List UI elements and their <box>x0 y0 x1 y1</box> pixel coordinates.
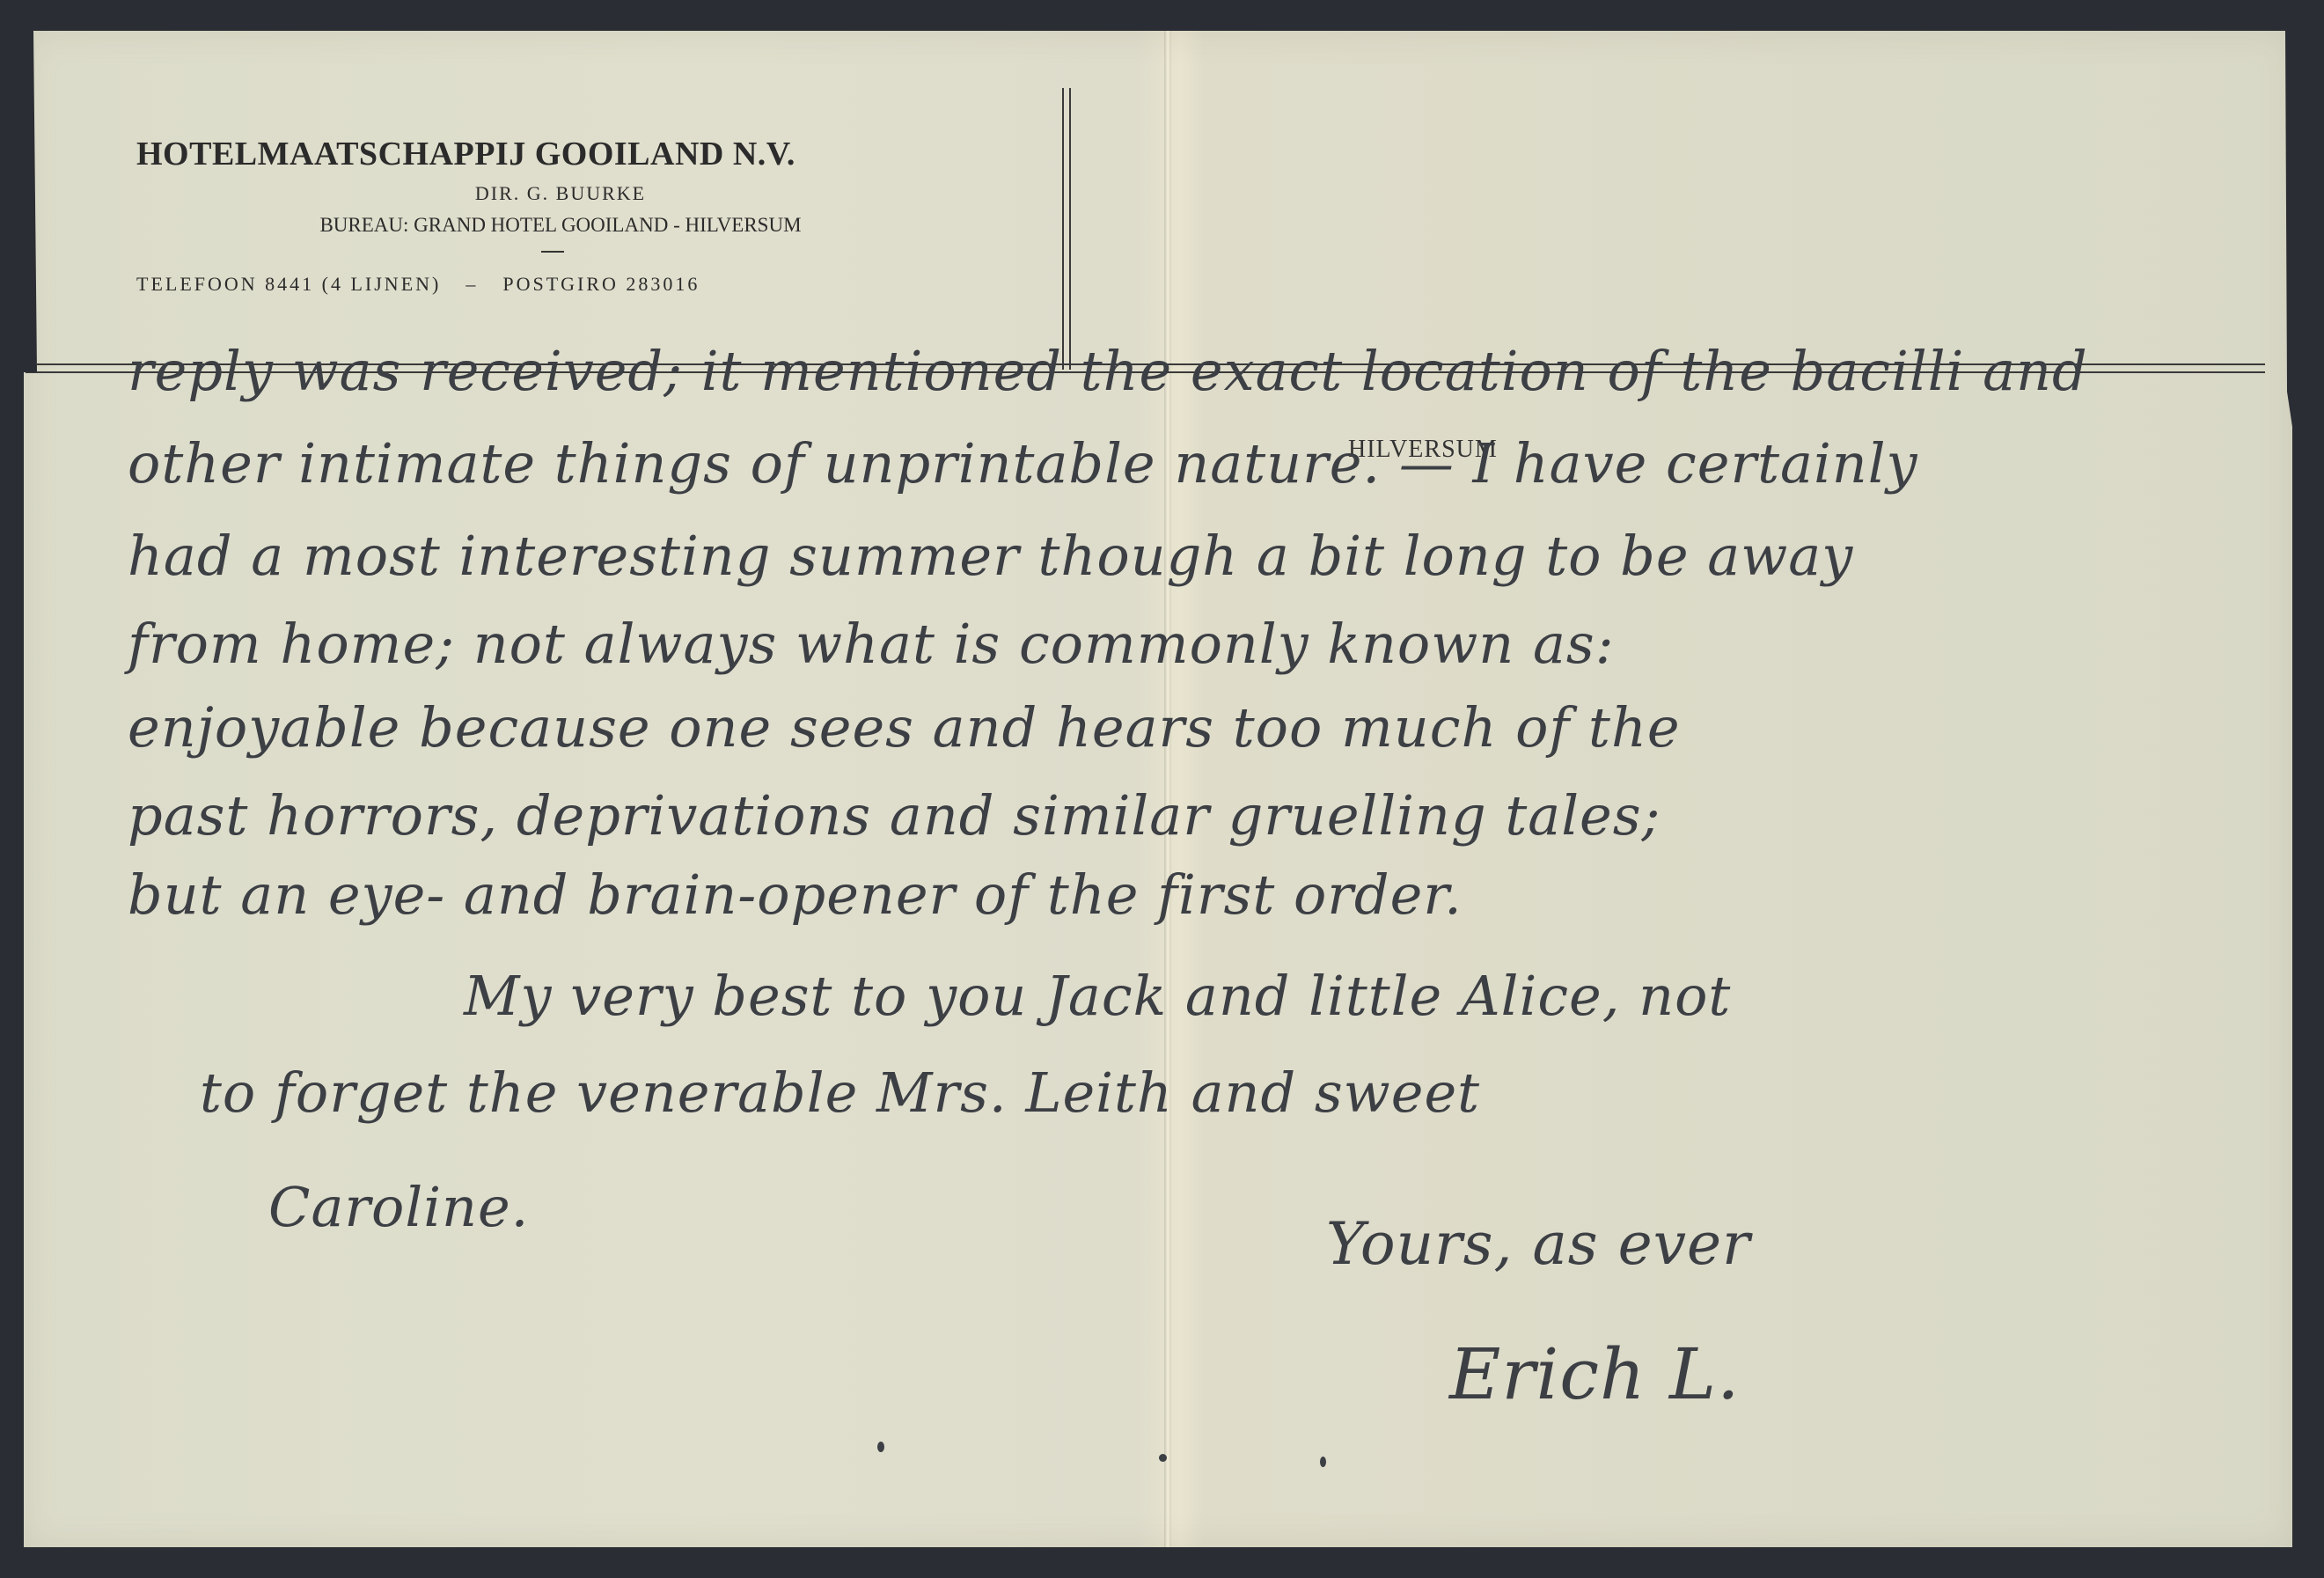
letterhead-vertical-rule <box>1062 88 1064 370</box>
letterhead-divider <box>541 251 564 253</box>
letter-line: other intimate things of unprintable nat… <box>128 431 1918 495</box>
letter-line: enjoyable because one sees and hears too… <box>128 695 1681 760</box>
postgiro: POSTGIRO 283016 <box>502 273 700 295</box>
closing: Yours, as ever <box>1326 1210 1751 1278</box>
ink-spot <box>877 1442 884 1452</box>
greeting-line: to forget the venerable Mrs. Leith and s… <box>200 1061 1480 1125</box>
ink-spot <box>1159 1454 1167 1462</box>
letter-sheet: HOTELMAATSCHAPPIJ GOOILAND N.V. DIR. G. … <box>24 31 2292 1547</box>
telephone: TELEFOON 8441 (4 LIJNEN) <box>136 273 441 295</box>
company-name: HOTELMAATSCHAPPIJ GOOILAND N.V. <box>136 135 795 173</box>
ink-spot <box>1320 1457 1326 1467</box>
letter-line: but an eye- and brain-opener of the firs… <box>128 862 1463 927</box>
greeting-line: Caroline. <box>268 1175 529 1239</box>
director-line: DIR. G. BUURKE <box>41 182 1080 205</box>
contact-separator: – <box>466 273 478 295</box>
letter-line: had a most interesting summer though a b… <box>128 524 1853 588</box>
contact-line: TELEFOON 8441 (4 LIJNEN)–POSTGIRO 283016 <box>136 273 700 296</box>
letterhead-vertical-rule <box>1069 88 1071 370</box>
signature: Erich L. <box>1449 1333 1741 1415</box>
letter-line: reply was received; it mentioned the exa… <box>128 339 2088 403</box>
letter-line: past horrors, deprivations and similar g… <box>128 783 1661 848</box>
letter-line: from home; not always what is commonly k… <box>128 612 1615 676</box>
greeting-line: My very best to you Jack and little Alic… <box>464 964 1731 1028</box>
bureau-address: BUREAU: GRAND HOTEL GOOILAND - HILVERSUM <box>41 214 1080 237</box>
